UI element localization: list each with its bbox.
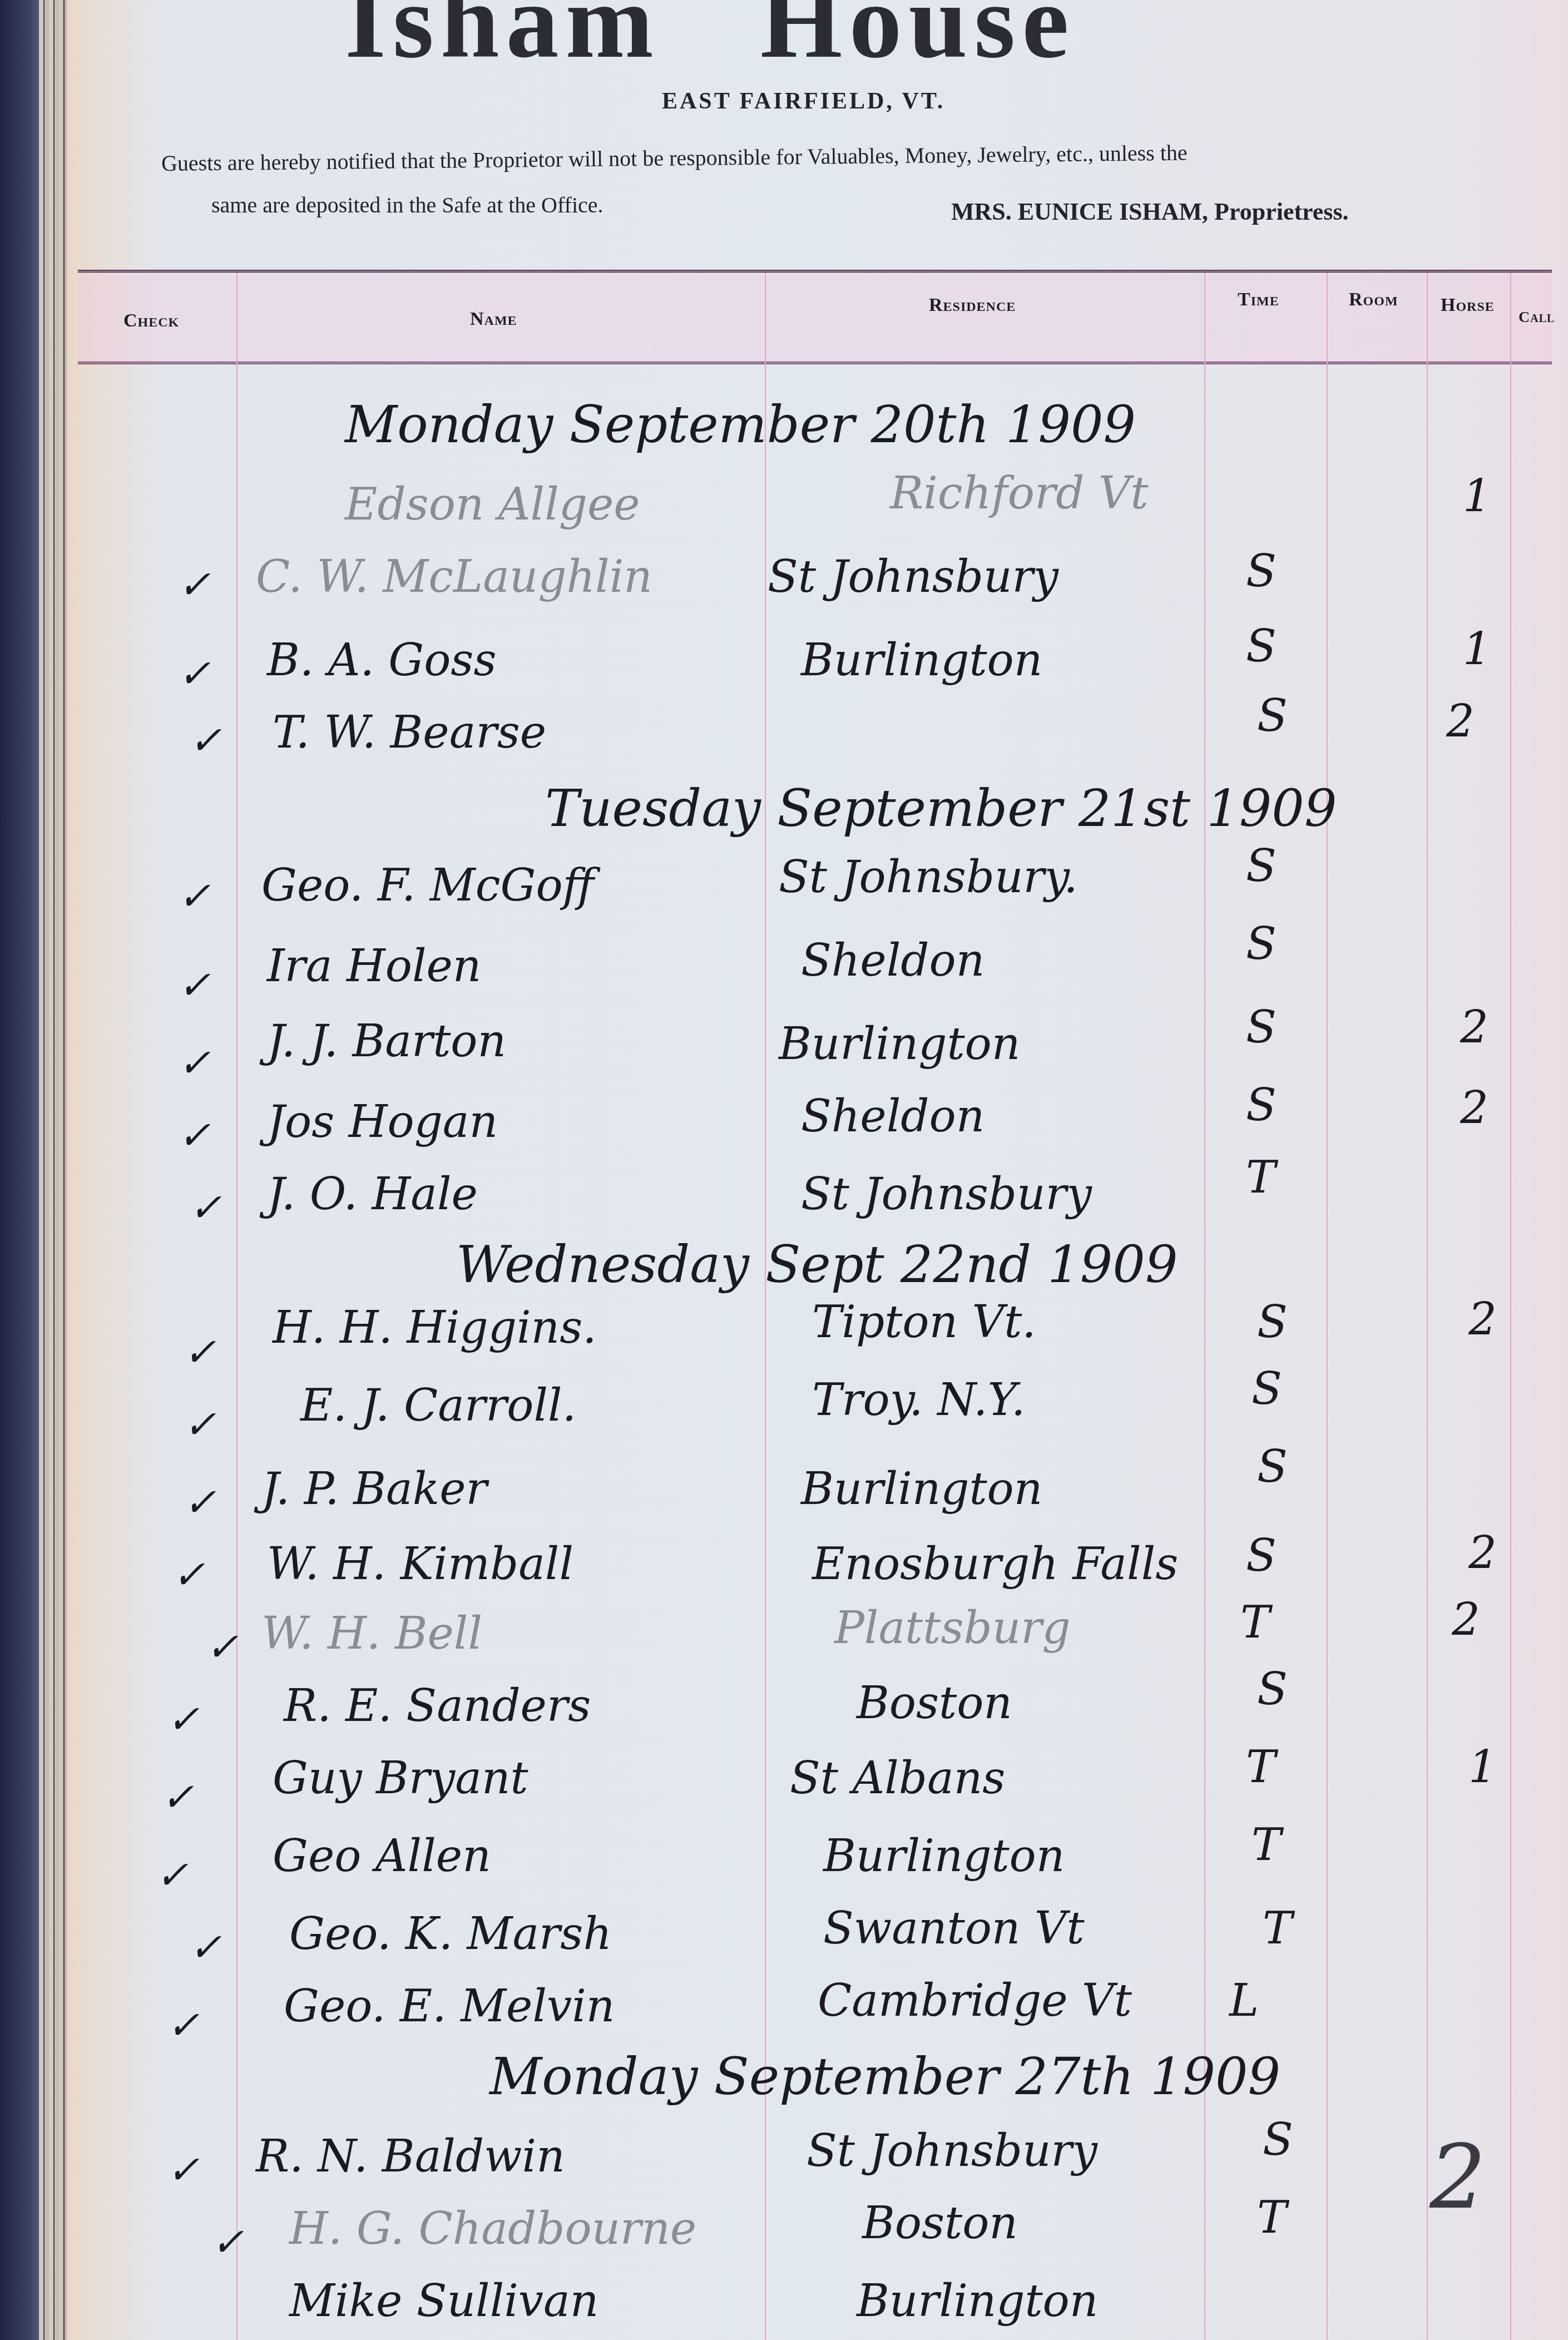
guest-residence: Sheldon [801,1090,985,1142]
guest-name: J. P. Baker [261,1463,487,1515]
guest-horse: 2 [1468,1293,1497,1345]
guest-time: T [1263,1902,1292,1954]
check-mark: ✓ [172,1552,205,1597]
check-mark: ✓ [178,1040,211,1086]
guest-name: Edson Allgee [345,478,640,530]
guest-time: T [1246,1151,1275,1203]
guest-time: S [1246,1079,1277,1131]
guest-name: B. A. Goss [267,634,496,686]
date-heading: Monday September 20th 1909 [345,395,1136,454]
check-mark: ✓ [189,1185,222,1230]
guest-time: S [1246,840,1277,892]
check-mark: ✓ [167,2002,200,2048]
guest-residence: Tipton Vt. [812,1296,1036,1348]
check-mark: ✓ [184,1329,216,1375]
title-word-isham: Isham [345,0,660,80]
check-mark: ✓ [167,2147,200,2193]
check-mark: ✓ [161,1774,194,1820]
guest-time: T [1252,1819,1281,1871]
guest-residence: Burlington [857,2275,1098,2327]
col-name: Name [470,309,517,330]
guest-name: Ira Holen [267,940,481,992]
guest-time: S [1257,1441,1288,1492]
guest-horse: 1 [1463,623,1491,675]
guest-time: T [1246,1741,1275,1793]
column-header-band [78,270,1552,364]
guest-residence: Cambridge Vt [818,1975,1132,2026]
guest-horse: 1 [1468,1741,1497,1793]
guest-residence: Swanton Vt [823,1902,1085,1954]
check-mark: ✓ [178,651,211,696]
rule-name [765,273,766,2340]
guest-residence: St Johnsbury [801,1168,1092,1220]
check-mark: ✓ [189,718,222,763]
guest-residence: Plattsburg [834,1602,1071,1654]
guest-horse: 2 [1460,1001,1488,1053]
guest-time: S [1263,2114,1293,2165]
col-time: Time [1238,289,1279,310]
guest-residence: Troy. N.Y. [812,1374,1025,1426]
guest-residence: Sheldon [801,934,985,986]
col-room: Room [1349,289,1398,310]
date-heading: Wednesday Sept 22nd 1909 [456,1235,1178,1294]
register-title: IshamHouse [345,0,1076,82]
check-mark: ✓ [178,562,211,607]
guest-name: H. G. Chadbourne [289,2203,696,2254]
guest-name: W. H. Bell [261,1607,482,1659]
col-call: Call [1518,309,1555,326]
guest-name: Mike Sullivan [289,2275,598,2327]
guest-residence: St Johnsbury [768,551,1058,602]
guest-time: S [1246,1530,1277,1581]
guest-time: S [1246,620,1277,672]
col-residence: Residence [929,295,1016,316]
guest-time: S [1252,1363,1282,1414]
rule-time [1327,273,1328,2340]
guest-time: S [1246,545,1277,597]
guest-time: S [1257,1296,1288,1348]
guest-residence: Burlington [801,1463,1042,1515]
guest-name: E. J. Carroll. [300,1379,576,1431]
col-check: Check [123,310,179,332]
guest-residence: Enosburgh Falls [812,1538,1178,1590]
guest-time: T [1257,2191,1287,2243]
notice-line-2: same are deposited in the Safe at the Of… [211,192,604,218]
guest-residence: Boston [862,2197,1018,2249]
guest-residence: Burlington [779,1018,1020,1070]
guest-name: C. W. McLaughlin [256,551,652,602]
rule-room [1427,273,1428,2340]
guest-residence: Boston [857,1677,1012,1729]
rule-horse [1510,273,1511,2340]
guest-name: T. W. Bearse [273,706,546,758]
guest-horse: 2 [1429,2125,1486,2229]
guest-name: R. N. Baldwin [256,2130,565,2182]
guest-time: S [1257,690,1288,741]
guest-name: W. H. Kimball [267,1538,573,1590]
guest-residence: St Albans [790,1752,1005,1804]
check-mark: ✓ [184,1480,216,1525]
guest-horse: 2 [1460,1082,1488,1134]
guest-residence: Burlington [801,634,1042,686]
guest-residence: St Johnsbury [807,2125,1097,2176]
check-mark: ✓ [156,1852,189,1898]
guest-name: R. E. Sanders [284,1680,591,1731]
check-mark: ✓ [167,1696,200,1742]
guest-horse: 2 [1446,695,1475,747]
guest-horse: 2 [1468,1527,1497,1579]
guest-name: J. O. Hale [267,1168,478,1220]
guest-name: Geo Allen [273,1830,491,1882]
check-mark: ✓ [206,1624,239,1670]
check-mark: ✓ [178,1112,211,1158]
check-mark: ✓ [184,1402,216,1447]
guest-time: T [1240,1596,1270,1648]
location: EAST FAIRFIELD, VT. [662,88,945,115]
guest-time: S [1246,1001,1277,1053]
guest-horse: 1 [1463,470,1491,522]
date-heading: Monday September 27th 1909 [489,2047,1280,2106]
guest-horse: 2 [1452,1594,1480,1645]
check-mark: ✓ [178,873,211,919]
guest-name: Jos Hogan [267,1096,498,1147]
title-word-house: House [760,0,1076,80]
check-mark: ✓ [211,2219,244,2265]
guest-name: H. H. Higgins. [273,1302,597,1353]
guest-name: Geo. F. McGoff [261,859,594,911]
proprietress: MRS. EUNICE ISHAM, Proprietress. [951,197,1349,226]
guest-name: Geo. K. Marsh [289,1908,612,1960]
date-heading: Tuesday September 21st 1909 [545,779,1337,838]
rule-check [236,273,238,2340]
guest-name: Geo. E. Melvin [284,1980,615,2032]
guest-name: Guy Bryant [273,1752,528,1804]
guest-time: L [1229,1975,1259,2026]
guest-time: S [1257,1663,1288,1715]
guest-residence: St Johnsbury. [779,851,1078,903]
rule-residence [1204,273,1205,2340]
col-horse: Horse [1441,295,1495,316]
guest-time: S [1246,918,1277,969]
guest-residence: Richford Vt [890,467,1149,519]
check-mark: ✓ [189,1925,222,1970]
guest-residence: Burlington [823,1830,1065,1882]
guest-name: J. J. Barton [267,1015,506,1067]
check-mark: ✓ [178,962,211,1008]
